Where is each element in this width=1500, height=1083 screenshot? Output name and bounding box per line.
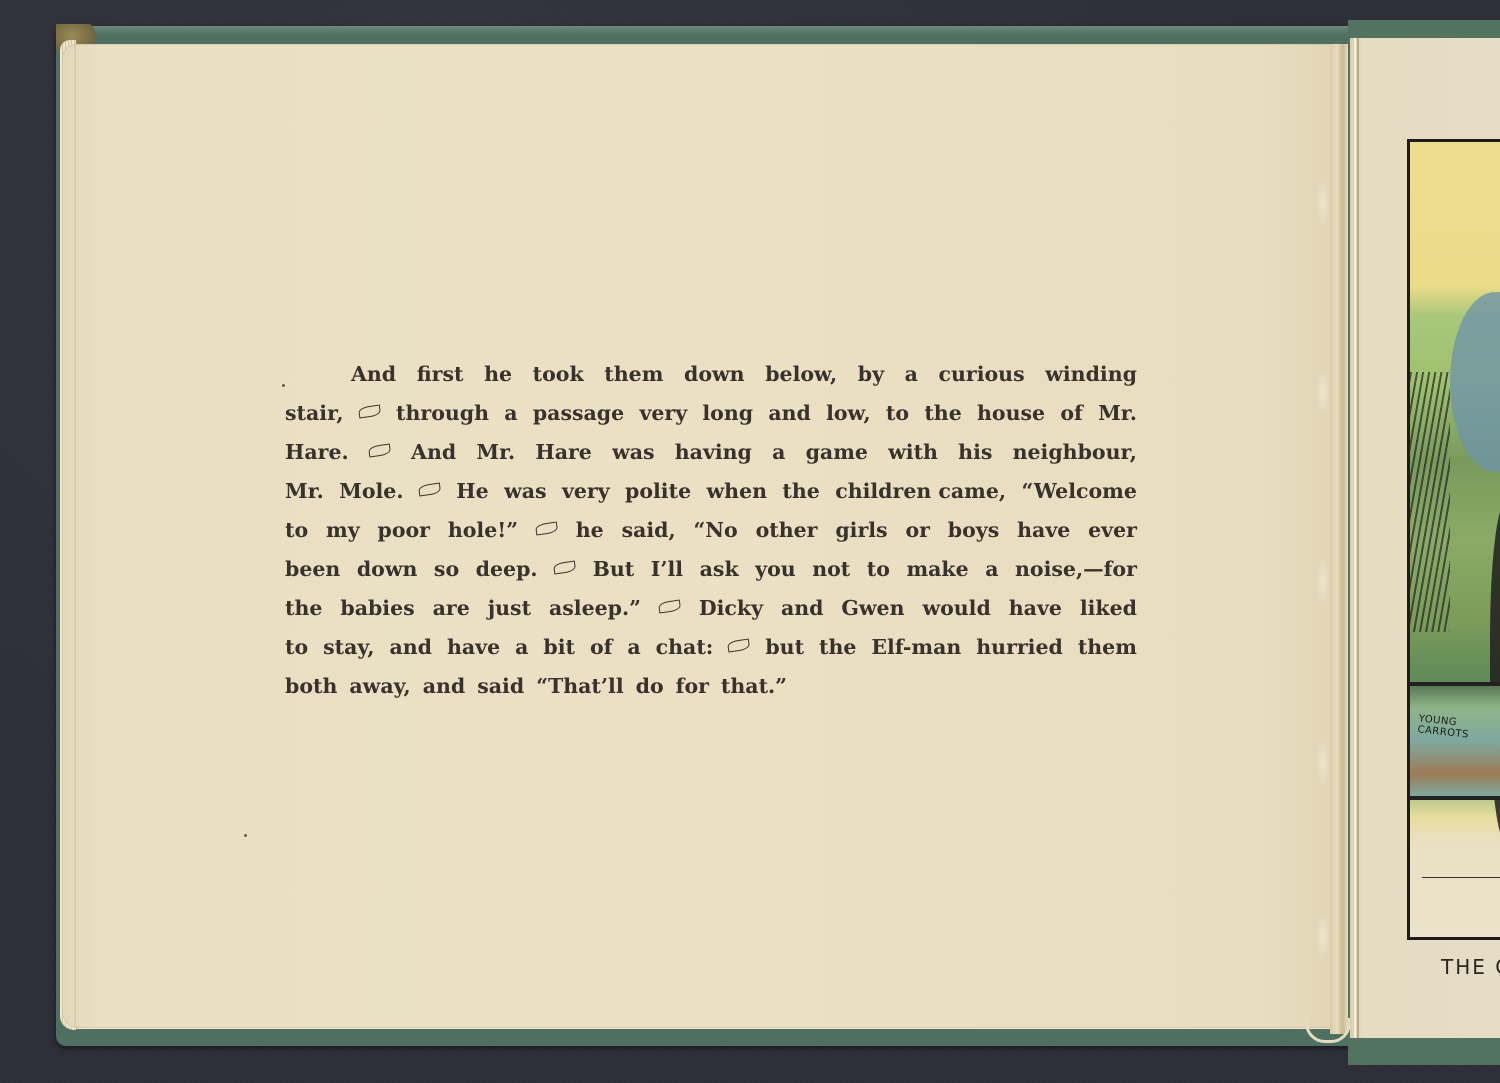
word: other — [756, 518, 818, 542]
word: house — [977, 401, 1045, 425]
word: and — [423, 674, 466, 698]
word: away, — [349, 674, 410, 698]
text-line: thebabiesarejustasleep.”DickyandGwenwoul… — [285, 596, 1137, 635]
word: and — [768, 401, 811, 425]
word: was — [612, 440, 654, 464]
word: very — [639, 401, 687, 425]
text-line: bothaway,andsaid“That’lldoforthat.” — [285, 674, 1137, 713]
word: Hare. — [285, 440, 349, 464]
gutter-stitch — [1316, 560, 1330, 604]
story-paragraph: Andfirsthetookthemdownbelow,byacuriouswi… — [285, 362, 1137, 713]
word: Mr. — [476, 440, 515, 464]
illustration-hatching — [1410, 372, 1450, 632]
word: bit — [543, 635, 575, 659]
word: polite — [625, 479, 691, 503]
word: are — [433, 596, 470, 620]
word: said, — [622, 518, 676, 542]
word: he — [576, 518, 604, 542]
word: “No — [694, 518, 738, 542]
word: to — [886, 401, 909, 425]
word: said — [477, 674, 524, 698]
word: babies — [340, 596, 414, 620]
leaf-ornament-icon — [553, 561, 576, 575]
gutter-stitch — [1316, 370, 1330, 414]
word: stay, — [323, 635, 374, 659]
word: And — [351, 362, 396, 386]
word: and — [389, 635, 432, 659]
word: “Welcome — [1021, 479, 1136, 503]
word: with — [888, 440, 938, 464]
word: to — [867, 557, 890, 581]
leaf-ornament-icon — [658, 600, 681, 614]
word: having — [675, 440, 752, 464]
word: the — [924, 401, 961, 425]
text-line: Mr.Mole.Hewasverypolitewhenthechildren c… — [285, 479, 1137, 518]
text-line: beendownsodeep.ButI’llaskyounottomakeano… — [285, 557, 1137, 596]
word: Mole. — [339, 479, 403, 503]
word: them — [1078, 635, 1137, 659]
word: a — [504, 401, 517, 425]
word: them — [604, 362, 663, 386]
word: a — [627, 635, 640, 659]
word: his — [958, 440, 992, 464]
word: “That’ll — [536, 674, 623, 698]
gutter-stitch — [1316, 740, 1330, 784]
book-gutter — [1330, 44, 1348, 1034]
word: Gwen — [841, 596, 904, 620]
word: the — [285, 596, 322, 620]
word: boys — [948, 518, 999, 542]
word: of — [590, 635, 613, 659]
word: for — [676, 674, 709, 698]
illustration-ground-line — [1422, 877, 1500, 878]
leaf-ornament-icon — [358, 405, 381, 419]
leaf-ornament-icon — [535, 522, 558, 536]
word: he — [484, 362, 512, 386]
word: took — [533, 362, 584, 386]
word: have — [447, 635, 500, 659]
word: you — [755, 557, 796, 581]
word: neighbour, — [1013, 440, 1137, 464]
word: ever — [1088, 518, 1137, 542]
word: Mr. — [1098, 401, 1137, 425]
word: have — [1009, 596, 1062, 620]
word: not — [812, 557, 850, 581]
word: was — [504, 479, 546, 503]
word: chat: — [656, 635, 714, 659]
word: a — [985, 557, 998, 581]
word: a — [515, 635, 528, 659]
word: game — [806, 440, 868, 464]
word: both — [285, 674, 337, 698]
word: low, — [826, 401, 871, 425]
word: below, — [765, 362, 837, 386]
leaf-ornament-icon — [727, 639, 750, 653]
word: a — [905, 362, 918, 386]
word: hole!” — [448, 518, 518, 542]
word: do — [636, 674, 664, 698]
word: He — [456, 479, 488, 503]
word: ask — [700, 557, 739, 581]
word: but — [765, 635, 804, 659]
word: poor — [377, 518, 429, 542]
word: the — [782, 479, 819, 503]
word: And — [411, 440, 456, 464]
word: my — [326, 518, 360, 542]
word: by — [858, 362, 884, 386]
word: when — [707, 479, 768, 503]
word: and — [781, 596, 824, 620]
word: passage — [533, 401, 624, 425]
word: to — [285, 635, 308, 659]
word: down — [357, 557, 418, 581]
text-line: stair,throughapassageverylongandlow,toth… — [285, 401, 1137, 440]
word: liked — [1080, 596, 1137, 620]
word: Mr. — [285, 479, 324, 503]
illustration-caption: THE C — [1441, 955, 1500, 979]
word: long — [702, 401, 753, 425]
word: the — [819, 635, 856, 659]
word: deep. — [476, 557, 538, 581]
word: Elf-man — [871, 635, 961, 659]
word: have — [1017, 518, 1070, 542]
word: through — [396, 401, 489, 425]
word: would — [922, 596, 990, 620]
word: so — [434, 557, 459, 581]
word: I’ll — [651, 557, 683, 581]
gutter-stitch — [1316, 180, 1330, 224]
word: winding — [1045, 362, 1137, 386]
text-line: tostay,andhaveabitofachat:buttheElf-manh… — [285, 635, 1137, 674]
word: of — [1060, 401, 1083, 425]
word: children came, — [835, 479, 1006, 503]
leaf-ornament-icon — [418, 483, 441, 497]
word: noise,—for — [1015, 557, 1137, 581]
text-line: Andfirsthetookthemdownbelow,byacuriouswi… — [285, 362, 1137, 401]
word: been — [285, 557, 340, 581]
word: But — [593, 557, 635, 581]
word: asleep.” — [549, 596, 641, 620]
text-line: tomypoorhole!”hesaid,“Noothergirlsorboys… — [285, 518, 1137, 557]
illustration-barrel — [1410, 682, 1500, 800]
word: very — [562, 479, 610, 503]
illustration-blue-figure — [1450, 292, 1500, 472]
word: hurried — [976, 635, 1063, 659]
leaf-ornament-icon — [368, 444, 391, 458]
word: Dicky — [699, 596, 763, 620]
word: girls — [835, 518, 887, 542]
word: to — [285, 518, 308, 542]
paper-speck — [244, 834, 247, 837]
word: Hare — [535, 440, 592, 464]
word: that.” — [721, 674, 787, 698]
word: or — [905, 518, 929, 542]
gutter-stitch — [1316, 915, 1330, 959]
word: a — [772, 440, 785, 464]
word: stair, — [285, 401, 344, 425]
word: curious — [939, 362, 1025, 386]
color-illustration: YOUNG CARROTS — [1407, 139, 1500, 940]
text-line: Hare.AndMr.Harewashavingagamewithhisneig… — [285, 440, 1137, 479]
word: first — [417, 362, 464, 386]
word: make — [906, 557, 968, 581]
word: down — [684, 362, 745, 386]
word: just — [488, 596, 531, 620]
